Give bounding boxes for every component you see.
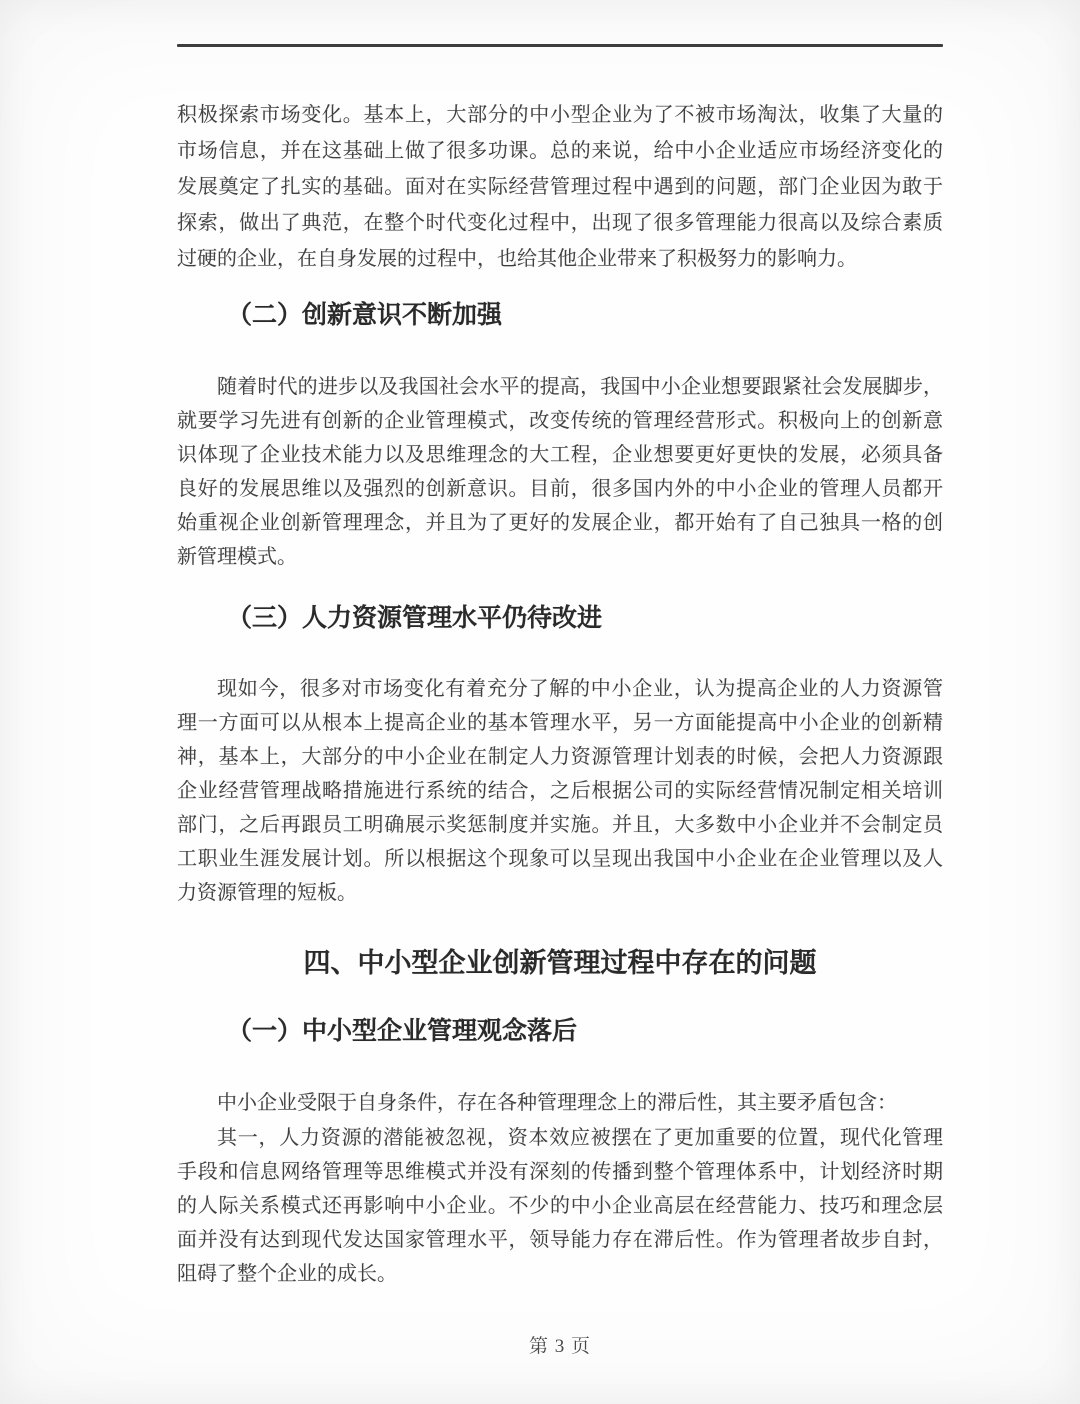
header-rule — [177, 44, 943, 47]
heading-chapter-4: 四、中小型企业创新管理过程中存在的问题 — [177, 945, 943, 981]
paragraph-hr-management: 现如今，很多对市场变化有着充分了解的中小企业，认为提高企业的人力资源管理一方面可… — [177, 672, 943, 910]
text-line: 探索，做出了典范，在整个时代变化过程中，出现了很多管理能力很高以及综合素质 — [177, 205, 943, 241]
paragraph-market-exploration: 积极探索市场变化。基本上，大部分的中小型企业为了不被市场淘汰，收集了大量的市场信… — [177, 97, 943, 277]
text-line: 现如今，很多对市场变化有着充分了解的中小企业，认为提高企业的人力资源管 — [177, 672, 943, 706]
paragraph-innovation-awareness: 随着时代的进步以及我国社会水平的提高，我国中小企业想要跟紧社会发展脚步，就要学习… — [177, 370, 943, 574]
text-line: 手段和信息网络管理等思维模式并没有深刻的传播到整个管理体系中，计划经济时期 — [177, 1155, 943, 1189]
text-line: 理一方面可以从根本上提高企业的基本管理水平，另一方面能提高中小企业的创新精 — [177, 706, 943, 740]
text-line: 企业经营管理战略措施进行系统的结合，之后根据公司的实际经营情况制定相关培训 — [177, 774, 943, 808]
text-line: 面并没有达到现代发达国家管理水平，领导能力存在滞后性。作为管理者故步自封， — [177, 1223, 943, 1257]
text-line: 中小企业受限于自身条件，存在各种管理理念上的滞后性，其主要矛盾包含： — [177, 1086, 943, 1120]
text-line: 始重视企业创新管理理念，并且为了更好的发展企业，都开始有了自己独具一格的创 — [177, 506, 943, 540]
paragraph-first-issue: 其一，人力资源的潜能被忽视，资本效应被摆在了更加重要的位置，现代化管理手段和信息… — [177, 1121, 943, 1291]
heading-subsection-3: （三）人力资源管理水平仍待改进 — [177, 601, 943, 635]
text-line: 市场信息，并在这基础上做了很多功课。总的来说，给中小企业适应市场经济变化的 — [177, 133, 943, 169]
scanned-document-page: 积极探索市场变化。基本上，大部分的中小型企业为了不被市场淘汰，收集了大量的市场信… — [0, 0, 1080, 1404]
text-line: 部门，之后再跟员工明确展示奖惩制度并实施。并且，大多数中小企业并不会制定员 — [177, 808, 943, 842]
text-line: 过硬的企业，在自身发展的过程中，也给其他企业带来了积极努力的影响力。 — [177, 241, 943, 277]
page-number: 第 3 页 — [177, 1334, 943, 1360]
text-line: 其一，人力资源的潜能被忽视，资本效应被摆在了更加重要的位置，现代化管理 — [177, 1121, 943, 1155]
text-line: 发展奠定了扎实的基础。面对在实际经营管理过程中遇到的问题，部门企业因为敢于 — [177, 169, 943, 205]
text-line: 随着时代的进步以及我国社会水平的提高，我国中小企业想要跟紧社会发展脚步， — [177, 370, 943, 404]
text-line: 识体现了企业技术能力以及思维理念的大工程，企业想要更好更快的发展，必须具备 — [177, 438, 943, 472]
paragraph-limitations-intro: 中小企业受限于自身条件，存在各种管理理念上的滞后性，其主要矛盾包含： — [177, 1086, 943, 1120]
text-line: 的人际关系模式还再影响中小企业。不少的中小企业高层在经营能力、技巧和理念层 — [177, 1189, 943, 1223]
text-line: 神，基本上，大部分的中小企业在制定人力资源管理计划表的时候，会把人力资源跟 — [177, 740, 943, 774]
text-line: 就要学习先进有创新的企业管理模式，改变传统的管理经营形式。积极向上的创新意 — [177, 404, 943, 438]
heading-subsection-1: （一）中小型企业管理观念落后 — [177, 1014, 943, 1048]
text-line: 良好的发展思维以及强烈的创新意识。目前，很多国内外的中小企业的管理人员都开 — [177, 472, 943, 506]
text-line: 力资源管理的短板。 — [177, 876, 943, 910]
text-line: 新管理模式。 — [177, 540, 943, 574]
text-line: 阻碍了整个企业的成长。 — [177, 1257, 943, 1291]
text-line: 积极探索市场变化。基本上，大部分的中小型企业为了不被市场淘汰，收集了大量的 — [177, 97, 943, 133]
heading-subsection-2: （二）创新意识不断加强 — [177, 298, 943, 332]
text-line: 工职业生涯发展计划。所以根据这个现象可以呈现出我国中小企业在企业管理以及人 — [177, 842, 943, 876]
